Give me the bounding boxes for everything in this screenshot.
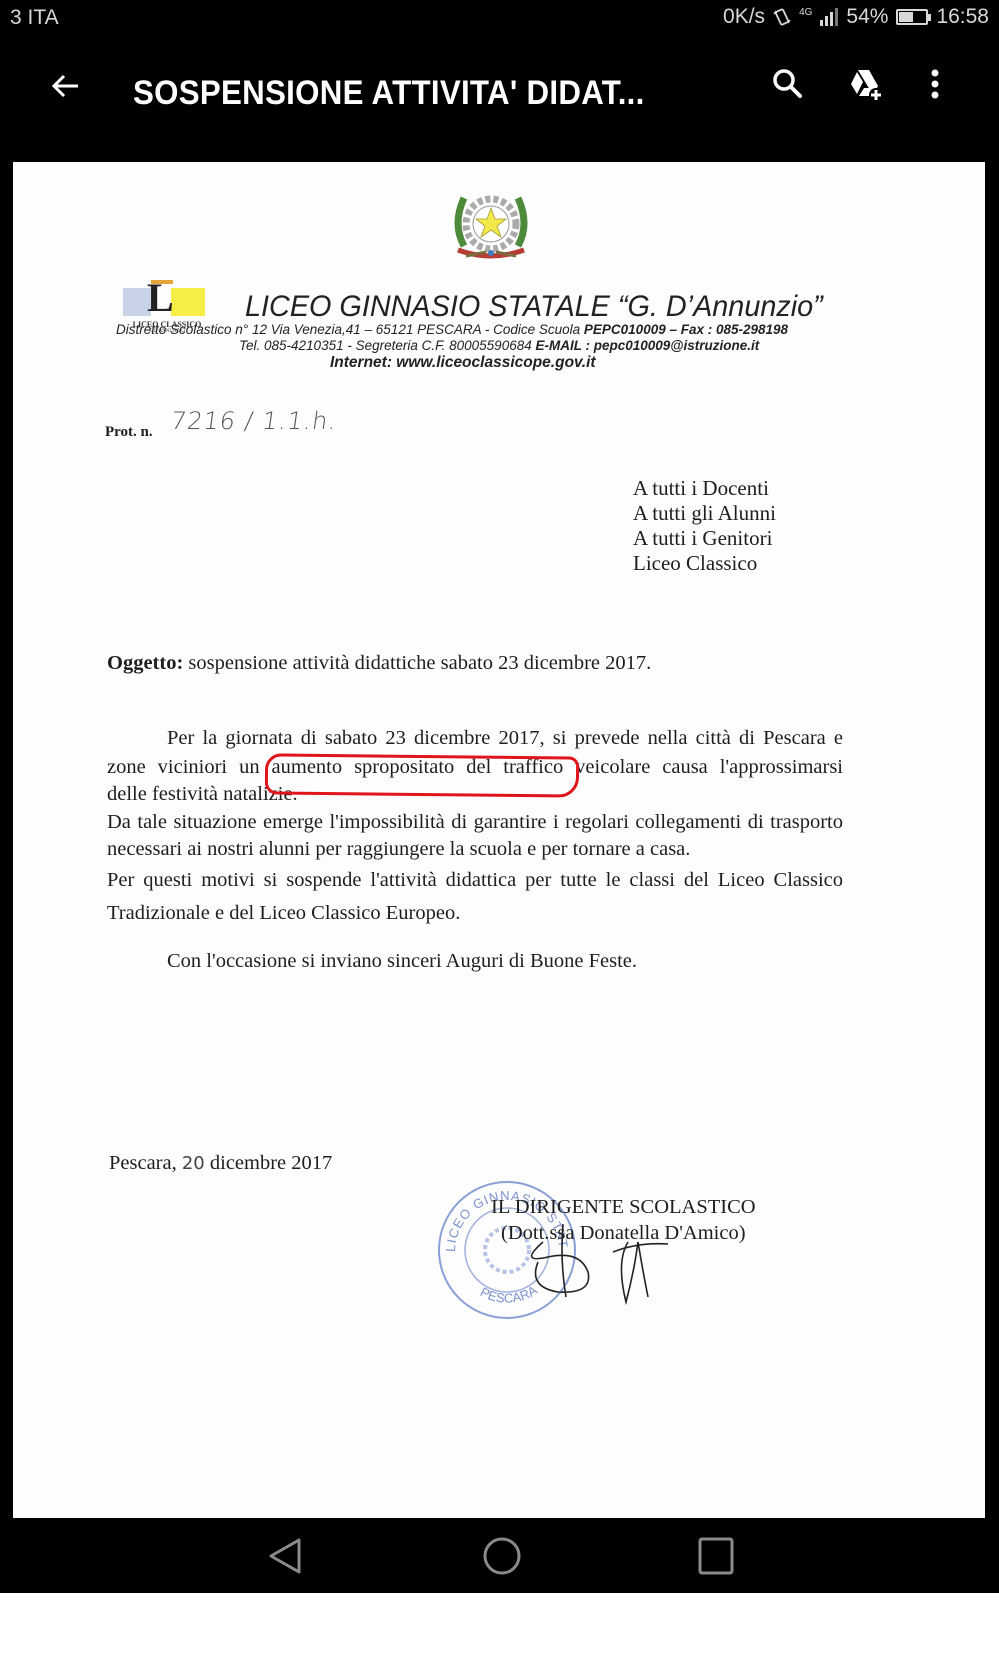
logo-letter: L [147,278,174,318]
carrier-name: 3 ITA [10,6,59,30]
subject-label: Oggetto: [107,652,183,674]
app-bar: SOSPENSIONE ATTIVITA' DIDAT... [0,40,999,150]
clock: 16:58 [936,5,989,29]
document-page[interactable]: L LICEO CLASSICO G.D'ANNUNZIO LICEO GINN… [13,162,985,1518]
recipient: Liceo Classico [633,551,776,576]
p1-line1: Per la giornata di sabato 23 dicembre 20… [107,724,843,753]
protocol-number-handwritten: 7216 / 1.1.h. [169,407,339,435]
network-type: 4G [799,8,812,18]
address-line-2: Tel. 085-4210351 - Segreteria C.F. 80005… [239,338,759,353]
red-hand-drawn-circle [265,753,579,797]
subject-line: Oggetto: sospensione attività didattiche… [107,652,651,675]
nav-recents-square-icon[interactable] [694,1536,738,1576]
paragraph-2: Da tale situazione emerge l'impossibilit… [107,809,843,863]
status-bar: 3 ITA 0K/s 4G 54% 16:58 [0,0,999,36]
phone-screen: 3 ITA 0K/s 4G 54% 16:58 SOSPENSIONE ATTI… [0,0,999,1593]
italian-republic-emblem-icon [446,186,536,268]
recipient: A tutti i Genitori [633,526,776,551]
search-icon[interactable] [768,64,808,104]
network-speed: 0K/s [723,5,765,29]
address-line-1-code: PEPC010009 – Fax : 085-298198 [584,322,788,337]
nav-home-circle-icon[interactable] [480,1536,524,1576]
address-line-1-text: Distretto Scolastico n° 12 Via Venezia,4… [116,322,584,337]
system-nav-bar [0,1518,999,1593]
drive-add-icon[interactable] [845,64,885,104]
handwritten-day: 20 [182,1153,205,1174]
address-line-1: Distretto Scolastico n° 12 Via Venezia,4… [116,322,788,337]
handwritten-signature-icon [508,1202,688,1312]
address-line-2-email: E-MAIL : pepc010009@istruzione.it [535,338,759,353]
paragraph-3: Per questi motivi si sospende l'attività… [107,864,843,930]
recipients: A tutti i Docenti A tutti gli Alunni A t… [633,476,776,576]
logo-yellow-block [171,288,205,316]
arrow-left-icon[interactable] [48,68,84,104]
status-right: 0K/s 4G 54% 16:58 [723,5,989,29]
battery-fill [899,12,913,22]
battery-icon [896,9,928,25]
month-year: dicembre 2017 [205,1152,333,1174]
more-vert-icon[interactable] [915,64,955,104]
p1-line2-start: zone viciniori un [107,756,272,778]
recipient: A tutti gli Alunni [633,501,776,526]
recipient: A tutti i Docenti [633,476,776,501]
document-title: SOSPENSIONE ATTIVITA' DIDAT... [133,74,645,113]
nav-back-triangle-icon[interactable] [267,1536,311,1576]
place: Pescara, [109,1152,182,1174]
greeting: Con l'occasione si inviano sinceri Augur… [167,950,637,973]
address-line-2-text: Tel. 085-4210351 - Segreteria C.F. 80005… [239,338,535,353]
school-name: LICEO GINNASIO STATALE “G. D’Annunzio” [245,290,823,324]
p1-line2-end: veicolare causa l'approssimarsi [563,756,843,778]
subject-text: sospensione attività didattiche sabato 2… [183,652,651,674]
protocol-label: Prot. n. [105,424,153,441]
website-line: Internet: www.liceoclassicope.gov.it [330,354,596,372]
auto-rotate-icon [773,8,791,26]
place-date: Pescara, 20 dicembre 2017 [109,1152,332,1175]
signal-icon [820,8,838,26]
battery-percent: 54% [846,5,888,29]
